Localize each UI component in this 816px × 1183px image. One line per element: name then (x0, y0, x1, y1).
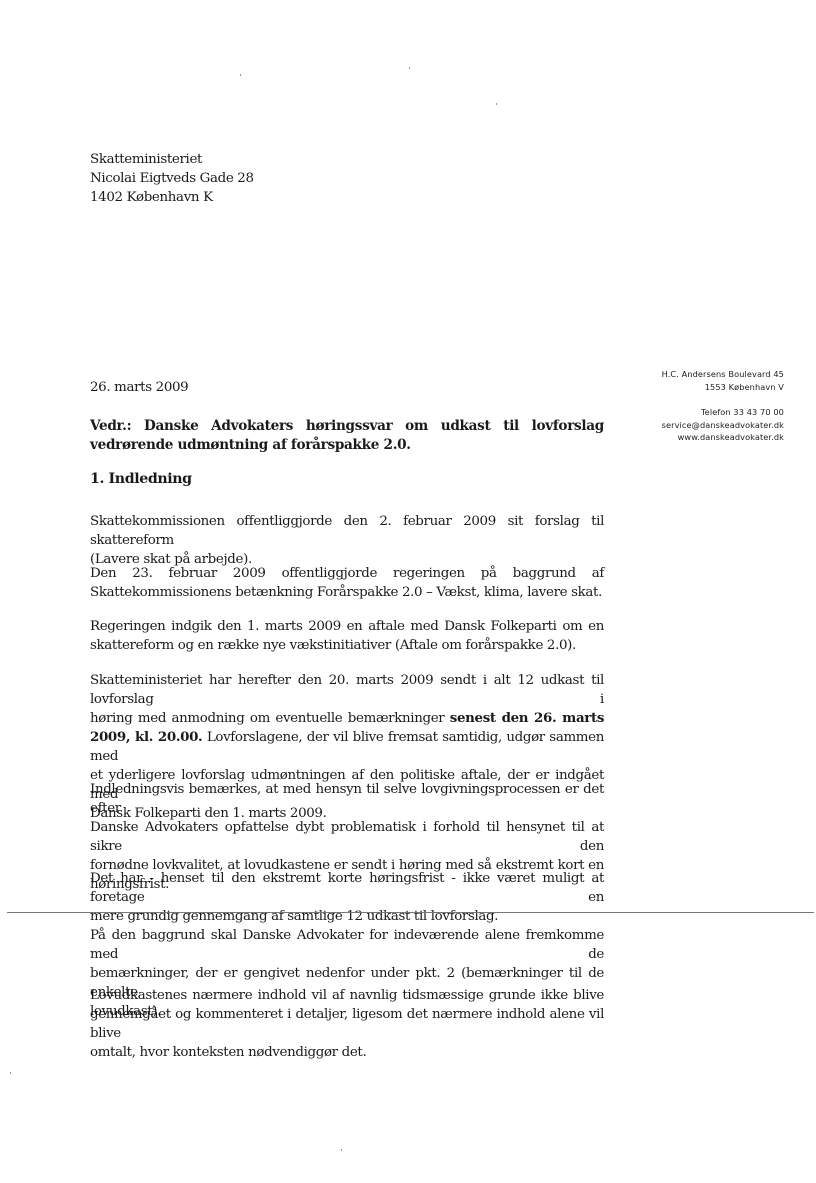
paragraph-line: Skattekommissionen offentliggjorde den 2… (90, 512, 604, 550)
paragraph-line: Regeringen indgik den 1. marts 2009 en a… (90, 617, 604, 636)
scan-speck (409, 67, 410, 69)
recipient-city: 1402 København K (90, 188, 390, 207)
paragraph-line: gennemgået og kommenteret i detaljer, li… (90, 1005, 604, 1043)
section-heading: 1. Indledning (90, 470, 192, 489)
sender-city: 1553 København V (584, 381, 784, 394)
paragraph-line: omtalt, hvor konteksten nødvendiggør det… (90, 1043, 604, 1062)
sender-info: H.C. Andersens Boulevard 45 1553 Københa… (584, 368, 784, 444)
sender-email: service@danskeadvokater.dk (584, 419, 784, 432)
paragraph-6: Det har - henset til den ekstremt korte … (90, 869, 604, 926)
paragraph-line: Skattekommissionens betænkning Forårspak… (90, 583, 604, 602)
paragraph-line: Den 23. februar 2009 offentliggjorde reg… (90, 564, 604, 583)
deadline-emphasis: senest den 26. marts (450, 710, 604, 726)
paragraph-line: mere grundig gennemgang af samtlige 12 u… (90, 907, 604, 926)
paragraph-text: høring med anmodning om eventuelle bemær… (90, 711, 450, 726)
paragraph-line: Lovudkastenes nærmere indhold vil af nav… (90, 986, 604, 1005)
paragraph-line: Det har - henset til den ekstremt korte … (90, 869, 604, 907)
sender-website: www.danskeadvokater.dk (584, 431, 784, 444)
scan-speck (496, 103, 497, 105)
paragraph-line: Danske Advokaters opfattelse dybt proble… (90, 818, 604, 856)
paragraph-8: Lovudkastenes nærmere indhold vil af nav… (90, 986, 604, 1062)
deadline-emphasis: 2009, kl. 20.00. (90, 729, 202, 745)
paragraph-3: Regeringen indgik den 1. marts 2009 en a… (90, 617, 604, 655)
subject-line-2: vedrørende udmøntning af forårspakke 2.0… (90, 437, 411, 453)
paragraph-2: Den 23. februar 2009 offentliggjorde reg… (90, 564, 604, 602)
paragraph-line: 2009, kl. 20.00. Lovforslagene, der vil … (90, 728, 604, 766)
recipient-address: Skatteministeriet Nicolai Eigtveds Gade … (90, 150, 390, 207)
sender-phone: Telefon 33 43 70 00 (584, 406, 784, 419)
sender-spacer (584, 393, 784, 406)
letter-date: 26. marts 2009 (90, 378, 188, 397)
paragraph-line: På den baggrund skal Danske Advokater fo… (90, 926, 604, 964)
sender-street: H.C. Andersens Boulevard 45 (584, 368, 784, 381)
page-divider (7, 912, 814, 913)
paragraph-line: høring med anmodning om eventuelle bemær… (90, 709, 604, 728)
paragraph-line: skattereform og en række nye vækstinitia… (90, 636, 604, 655)
scan-speck (240, 74, 241, 76)
paragraph-line: Indledningsvis bemærkes, at med hensyn t… (90, 780, 604, 818)
scan-speck (341, 1149, 342, 1151)
subject-line-1: Vedr.: Danske Advokaters høringssvar om … (90, 417, 604, 436)
paragraph-line: Skatteministeriet har herefter den 20. m… (90, 671, 604, 709)
recipient-street: Nicolai Eigtveds Gade 28 (90, 169, 390, 188)
paragraph-1: Skattekommissionen offentliggjorde den 2… (90, 512, 604, 569)
subject-line: Vedr.: Danske Advokaters høringssvar om … (90, 417, 604, 455)
recipient-name: Skatteministeriet (90, 150, 390, 169)
scan-speck (10, 1072, 11, 1074)
